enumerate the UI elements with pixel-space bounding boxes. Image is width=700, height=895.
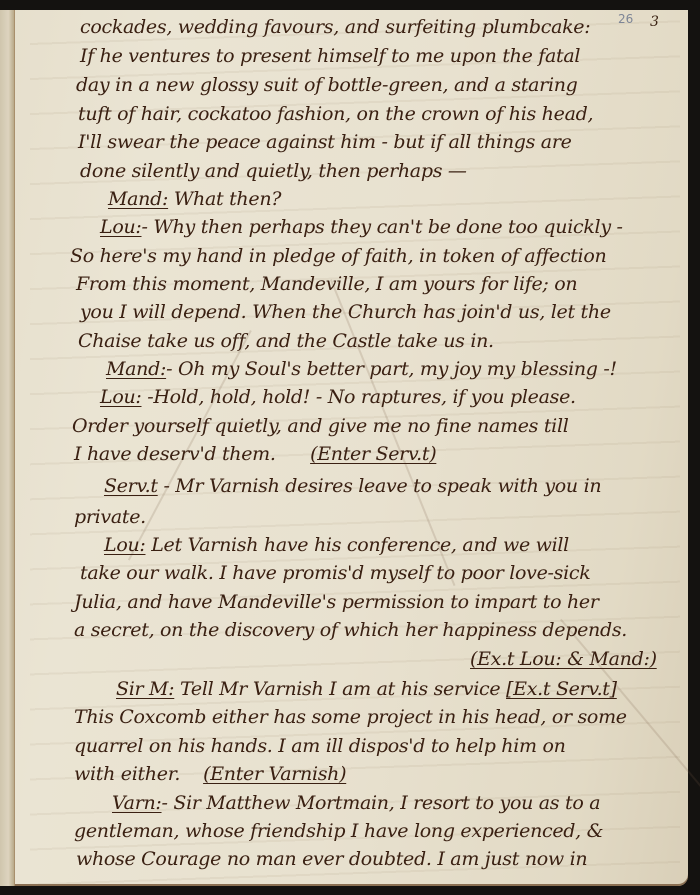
text-line: If he ventures to present himself to me …: [80, 45, 580, 67]
text-line: I'll swear the peace against him - but i…: [78, 131, 572, 153]
speaker-name: Serv.t: [104, 475, 158, 497]
text-line: done silently and quietly, then perhaps …: [80, 160, 467, 182]
speaker-name: Lou:: [100, 386, 142, 408]
speaker-name: Sir M:: [116, 678, 174, 700]
speaker-name: Lou:: [100, 216, 142, 238]
dialogue-line: Varn:- Sir Matthew Mortmain, I resort to…: [112, 792, 600, 814]
text-line: day in a new glossy suit of bottle-green…: [76, 74, 578, 96]
stage-line: (Ex.t Lou: & Mand:): [470, 648, 657, 670]
stage-direction: (Enter Serv.t): [310, 443, 436, 465]
speaker-name: Lou:: [104, 534, 146, 556]
stage-direction: (Ex.t Lou: & Mand:): [470, 648, 657, 670]
text-line: take our walk. I have promis'd myself to…: [80, 562, 590, 584]
text-line: private.: [74, 506, 146, 528]
text-line: So here's my hand in pledge of faith, in…: [70, 245, 606, 267]
text-line: I have deserv'd them. (Enter Serv.t): [74, 443, 436, 465]
text-line: cockades, wedding favours, and surfeitin…: [80, 16, 590, 38]
text-line: quarrel on his hands. I am ill dispos'd …: [74, 735, 566, 757]
text-line: This Coxcomb either has some project in …: [74, 706, 627, 728]
dialogue-line: Lou: Let Varnish have his conference, an…: [104, 534, 569, 556]
text-line: From this moment, Mandeville, I am yours…: [76, 273, 577, 295]
text-line: a secret, on the discovery of which her …: [74, 619, 627, 641]
speaker-name: Mand:: [106, 358, 166, 380]
speaker-name: Varn:: [112, 792, 162, 814]
text-line: with either. (Enter Varnish): [74, 763, 346, 785]
signature-mark: 3: [650, 14, 659, 30]
text-line: Order yourself quietly, and give me no f…: [72, 415, 569, 437]
dialogue-line: Sir M: Tell Mr Varnish I am at his servi…: [116, 678, 617, 700]
folio-number: 26: [618, 12, 633, 26]
text-line: whose Courage no man ever doubted. I am …: [76, 848, 587, 870]
text-line: tuft of hair, cockatoo fashion, on the c…: [78, 103, 593, 125]
dialogue-line: Mand:- Oh my Soul's better part, my joy …: [106, 358, 617, 380]
dialogue-line: Lou:- Why then perhaps they can't be don…: [100, 216, 623, 238]
stage-direction: [Ex.t Serv.t]: [506, 678, 617, 700]
text-line: Chaise take us off, and the Castle take …: [78, 330, 494, 352]
stage-direction: (Enter Varnish): [203, 763, 346, 785]
text-line: Julia, and have Mandeville's permission …: [74, 591, 599, 613]
page-binding-edge: [0, 10, 15, 886]
speaker-name: Mand:: [108, 188, 168, 210]
text-line: you I will depend. When the Church has j…: [80, 301, 611, 323]
text-line: gentleman, whose friendship I have long …: [74, 820, 603, 842]
dialogue-line: Mand: What then?: [108, 188, 281, 210]
dialogue-line: Serv.t - Mr Varnish desires leave to spe…: [104, 475, 601, 497]
dialogue-line: Lou: -Hold, hold, hold! - No raptures, i…: [100, 386, 576, 408]
